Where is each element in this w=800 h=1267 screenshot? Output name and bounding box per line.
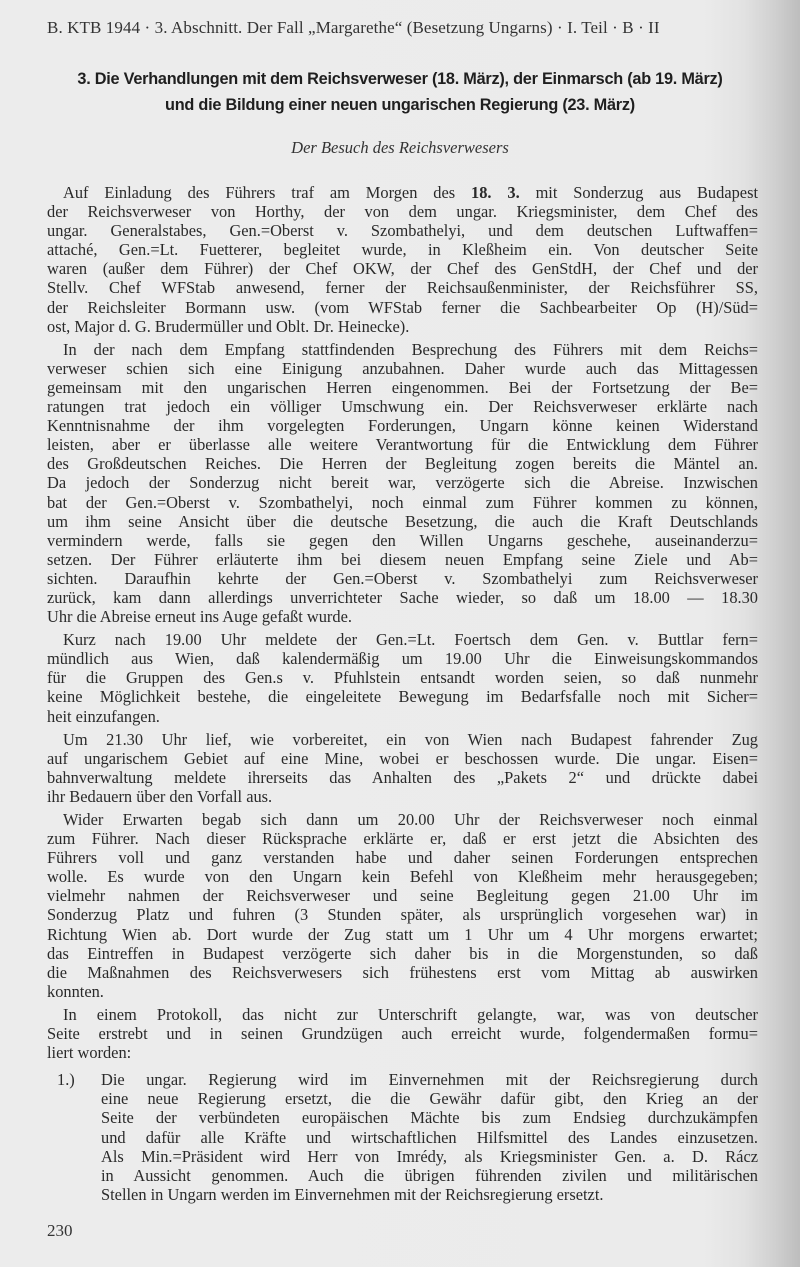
text-line: konnten. xyxy=(47,982,758,1001)
text-line: liert worden: xyxy=(47,1043,758,1062)
paragraph: Um 21.30 Uhr lief, wie vorbereitet, ein … xyxy=(47,730,758,806)
section-subtitle: Der Besuch des Reichsverwesers xyxy=(0,138,800,158)
text-line: zurück, kam dann allerdings unverrichtet… xyxy=(47,588,758,607)
text-line: Sonderzug Platz und fuhren (3 Stunden sp… xyxy=(47,905,758,924)
paragraph: In der nach dem Empfang stattfindenden B… xyxy=(47,340,758,626)
text-line: Da jedoch der Sonderzug nicht bereit war… xyxy=(47,473,758,492)
text-line: ihr Bedauern über den Vorfall aus. xyxy=(47,787,758,806)
chapter-title-line-2: und die Bildung einer neuen ungarischen … xyxy=(30,92,770,118)
body-text: Auf Einladung des Führers traf am Morgen… xyxy=(47,183,758,1204)
text-line: Um 21.30 Uhr lief, wie vorbereitet, ein … xyxy=(47,730,758,749)
text-line: ratungen trat jedoch ein völliger Umschw… xyxy=(47,397,758,416)
paragraph: In einem Protokoll, das nicht zur Unters… xyxy=(47,1005,758,1062)
text-line: um ihm seine Ansicht über die deutsche B… xyxy=(47,512,758,531)
text-line: Auf Einladung des Führers traf am Morgen… xyxy=(47,183,758,202)
text-line: Kurz nach 19.00 Uhr meldete der Gen.=Lt.… xyxy=(47,630,758,649)
text-line: und dafür alle Kräfte und wirtschaftlich… xyxy=(101,1128,758,1147)
text-line: leisten, aber er überlasse alle weitere … xyxy=(47,435,758,454)
text-line: vermindern werde, falls sie gegen den Wi… xyxy=(47,531,758,550)
text-line: Wider Erwarten begab sich dann um 20.00 … xyxy=(47,810,758,829)
text-line: In einem Protokoll, das nicht zur Unters… xyxy=(47,1005,758,1024)
text-line: verweser schien sich eine Einigung anzub… xyxy=(47,359,758,378)
text-line: keine Möglichkeit bestehe, die eingeleit… xyxy=(47,687,758,706)
text-line: Uhr die Abreise erneut ins Auge gefaßt w… xyxy=(47,607,758,626)
paragraph: Wider Erwarten begab sich dann um 20.00 … xyxy=(47,810,758,1001)
chapter-title: 3. Die Verhandlungen mit dem Reichsverwe… xyxy=(30,66,770,118)
text-line: wolle. Es wurde von den Ungarn kein Befe… xyxy=(47,867,758,886)
text-line: auf ungarischem Gebiet auf eine Mine, wo… xyxy=(47,749,758,768)
text-line: des Großdeutschen Reiches. Die Herren de… xyxy=(47,454,758,473)
text-line: gemeinsam mit den ungarischen Herren ein… xyxy=(47,378,758,397)
text-line: Richtung Wien ab. Dort wurde der Zug sta… xyxy=(47,925,758,944)
text-line: Seite der verbündeten europäischen Mächt… xyxy=(101,1108,758,1127)
running-head: B. KTB 1944 · 3. Abschnitt. Der Fall „Ma… xyxy=(47,18,767,38)
text-line: setzen. Der Führer erläuterte ihm bei di… xyxy=(47,550,758,569)
paragraph: Kurz nach 19.00 Uhr meldete der Gen.=Lt.… xyxy=(47,630,758,725)
text-line: mündlich aus Wien, daß kalendermäßig um … xyxy=(47,649,758,668)
chapter-title-line-1: 3. Die Verhandlungen mit dem Reichsverwe… xyxy=(30,66,770,92)
text-line: Kenntnisnahme der ihm vorgelegten Forder… xyxy=(47,416,758,435)
text-line: Führers voll und ganz verstanden habe un… xyxy=(47,848,758,867)
text-line: bat der Gen.=Oberst v. Szombathelyi, noc… xyxy=(47,493,758,512)
text-line: das Eintreffen in Budapest verzögerte si… xyxy=(47,944,758,963)
text-line: Die ungar. Regierung wird im Einvernehme… xyxy=(101,1070,758,1089)
text-run: mit Sonderzug aus Budapest xyxy=(520,183,758,202)
text-line: zum Führer. Nach dieser Rücksprache erkl… xyxy=(47,829,758,848)
text-line: vielmehr nahmen der Reichsverweser und s… xyxy=(47,886,758,905)
book-page: B. KTB 1944 · 3. Abschnitt. Der Fall „Ma… xyxy=(0,0,800,1267)
text-line: bahnverwaltung meldete ihrerseits das An… xyxy=(47,768,758,787)
list-item: 1.)Die ungar. Regierung wird im Einverne… xyxy=(47,1070,758,1204)
text-line: Stellen in Ungarn werden im Einvernehmen… xyxy=(101,1185,758,1204)
paragraphs: Auf Einladung des Führers traf am Morgen… xyxy=(47,183,758,1062)
text-line: der Reichsleiter Bormann usw. (vom WFSta… xyxy=(47,298,758,317)
list-number: 1.) xyxy=(57,1070,75,1089)
date-emphasis: 18. 3. xyxy=(471,183,520,202)
text-line: In der nach dem Empfang stattfindenden B… xyxy=(47,340,758,359)
text-line: Als Min.=Präsident wird Herr von Imrédy,… xyxy=(101,1147,758,1166)
text-line: der Reichsverweser von Horthy, der von d… xyxy=(47,202,758,221)
numbered-list: 1.)Die ungar. Regierung wird im Einverne… xyxy=(47,1070,758,1204)
text-run: Auf Einladung des Führers traf am Morgen… xyxy=(63,183,471,202)
text-line: heit einzufangen. xyxy=(47,707,758,726)
text-line: ost, Major d. G. Brudermüller und Oblt. … xyxy=(47,317,758,336)
text-line: Stellv. Chef WFStab anwesend, ferner der… xyxy=(47,278,758,297)
text-line: ungar. Generalstabes, Gen.=Oberst v. Szo… xyxy=(47,221,758,240)
text-line: sichten. Daraufhin kehrte der Gen.=Obers… xyxy=(47,569,758,588)
text-line: in Aussicht genommen. Auch die übrigen f… xyxy=(101,1166,758,1185)
text-line: Seite erstrebt und in seinen Grundzügen … xyxy=(47,1024,758,1043)
page-number: 230 xyxy=(47,1221,73,1241)
text-line: eine neue Regierung ersetzt, die die Gew… xyxy=(101,1089,758,1108)
text-line: für die Gruppen des Gen.s v. Pfuhlstein … xyxy=(47,668,758,687)
text-line: attaché, Gen.=Lt. Fuetterer, begleitet w… xyxy=(47,240,758,259)
text-line: waren (außer dem Führer) der Chef OKW, d… xyxy=(47,259,758,278)
paragraph: Auf Einladung des Führers traf am Morgen… xyxy=(47,183,758,336)
text-line: die Maßnahmen des Reichsverwesers sich f… xyxy=(47,963,758,982)
